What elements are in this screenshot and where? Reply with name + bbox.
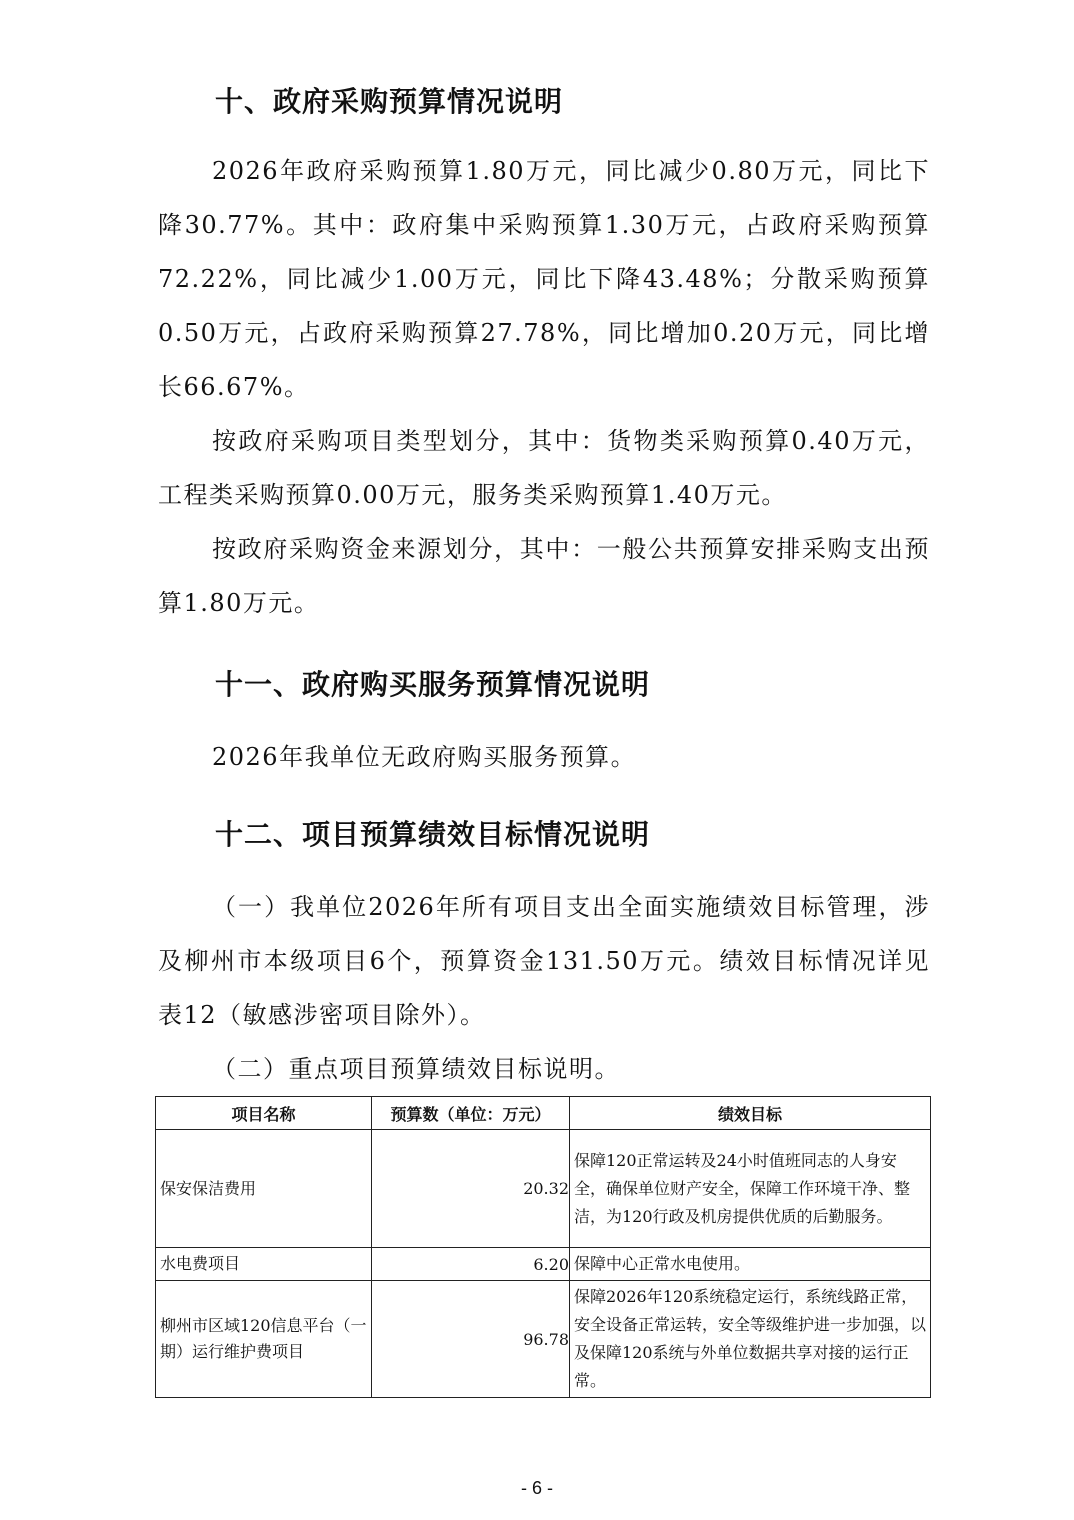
section-heading-performance-goals: 十二、项目预算绩效目标情况说明 [215, 813, 650, 853]
table-row: 保安保洁费用 20.32 保障120正常运转及24小时值班同志的人身安全，确保单… [156, 1130, 931, 1248]
paragraph-performance-overview: （一）我单位2026年所有项目支出全面实施绩效目标管理，涉及柳州市本级项目6个，… [158, 880, 930, 1042]
cell-budget-amount: 96.78 [372, 1281, 570, 1398]
paragraph-procurement-by-source: 按政府采购资金来源划分，其中：一般公共预算安排采购支出预算1.80万元。 [158, 522, 930, 630]
cell-performance-goal: 保障中心正常水电使用。 [570, 1248, 931, 1281]
performance-goals-table: 项目名称 预算数（单位：万元） 绩效目标 保安保洁费用 20.32 保障120正… [155, 1096, 931, 1398]
table-header-row: 项目名称 预算数（单位：万元） 绩效目标 [156, 1097, 931, 1130]
column-header-goal: 绩效目标 [570, 1097, 931, 1130]
paragraph-key-projects-intro: （二）重点项目预算绩效目标说明。 [158, 1042, 930, 1096]
cell-budget-amount: 6.20 [372, 1248, 570, 1281]
page-number: - 6 - [0, 1478, 1074, 1499]
cell-budget-amount: 20.32 [372, 1130, 570, 1248]
column-header-project-name: 项目名称 [156, 1097, 372, 1130]
table-row: 水电费项目 6.20 保障中心正常水电使用。 [156, 1248, 931, 1281]
cell-project-name: 水电费项目 [156, 1248, 372, 1281]
cell-project-name: 保安保洁费用 [156, 1130, 372, 1248]
section-heading-procurement: 十、政府采购预算情况说明 [215, 80, 563, 120]
cell-performance-goal: 保障120正常运转及24小时值班同志的人身安全，确保单位财产安全，保障工作环境干… [570, 1130, 931, 1248]
document-page: 十、政府采购预算情况说明 2026年政府采购预算1.80万元，同比减少0.80万… [0, 0, 1074, 1520]
paragraph-procurement-summary: 2026年政府采购预算1.80万元，同比减少0.80万元，同比下降30.77%。… [158, 144, 930, 414]
paragraph-service-purchase: 2026年我单位无政府购买服务预算。 [158, 730, 930, 784]
section-heading-service-purchase: 十一、政府购买服务预算情况说明 [215, 663, 650, 703]
cell-performance-goal: 保障2026年120系统稳定运行，系统线路正常，安全设备正常运转，安全等级维护进… [570, 1281, 931, 1398]
table-row: 柳州市区域120信息平台（一期）运行维护费项目 96.78 保障2026年120… [156, 1281, 931, 1398]
paragraph-procurement-by-type: 按政府采购项目类型划分，其中：货物类采购预算0.40万元，工程类采购预算0.00… [158, 414, 930, 522]
column-header-budget: 预算数（单位：万元） [372, 1097, 570, 1130]
cell-project-name: 柳州市区域120信息平台（一期）运行维护费项目 [156, 1281, 372, 1398]
